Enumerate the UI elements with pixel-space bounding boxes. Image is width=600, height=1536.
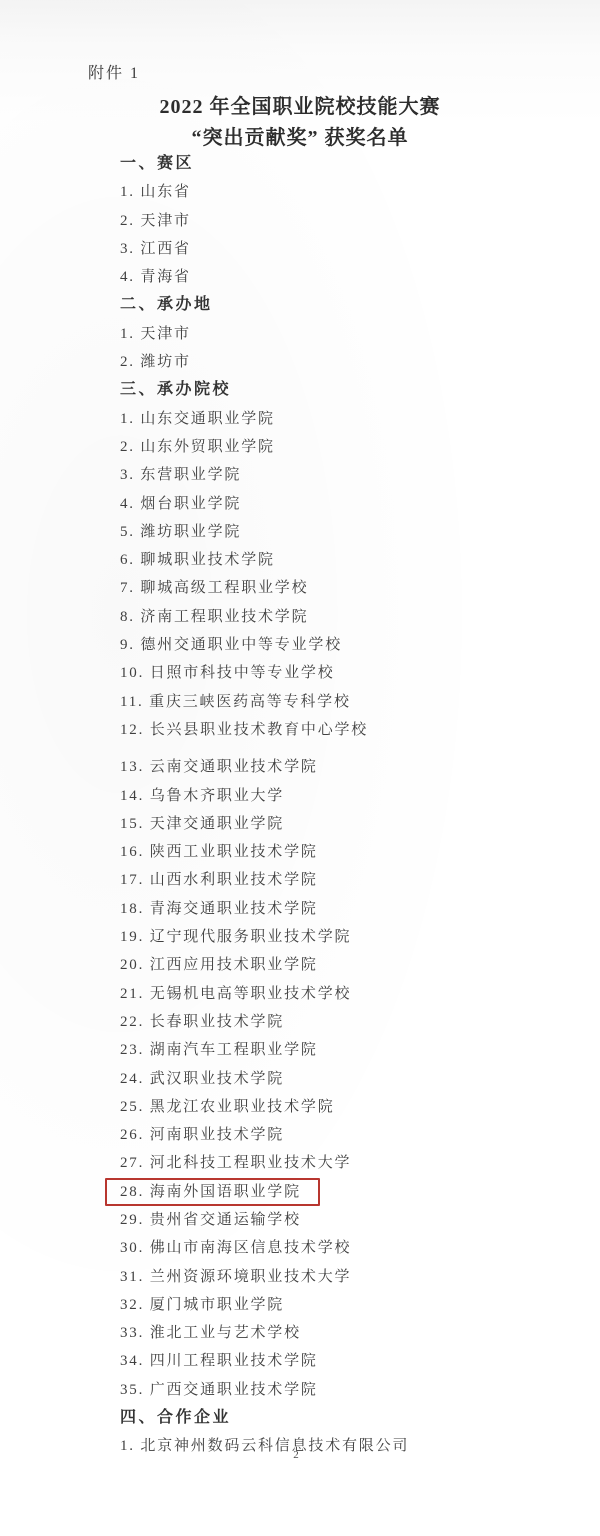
list-item: 14. 乌鲁木齐职业大学 (120, 782, 570, 810)
document-page: 附件 1 2022 年全国职业院校技能大赛 “突出贡献奖” 获奖名单 一、赛区1… (0, 0, 600, 1536)
list-item: 8. 济南工程职业技术学院 (120, 603, 570, 631)
list-item: 30. 佛山市南海区信息技术学校 (120, 1234, 570, 1262)
list-item: 3. 东营职业学院 (120, 461, 570, 489)
list-item: 4. 青海省 (120, 263, 570, 291)
list-item: 13. 云南交通职业技术学院 (120, 753, 570, 781)
list-item: 32. 厦门城市职业学院 (120, 1291, 570, 1319)
list-item: 7. 聊城高级工程职业学校 (120, 574, 570, 602)
list-item: 1. 天津市 (120, 320, 570, 348)
list-item: 16. 陕西工业职业技术学院 (120, 838, 570, 866)
list-item: 2. 天津市 (120, 207, 570, 235)
list-item: 31. 兰州资源环境职业技术大学 (120, 1263, 570, 1291)
list-item: 12. 长兴县职业技术教育中心学校 (120, 716, 570, 744)
list-item: 20. 江西应用技术职业学院 (120, 951, 570, 979)
section-heading: 一、赛区 (120, 150, 570, 178)
document-title-line1: 2022 年全国职业院校技能大赛 (0, 92, 600, 123)
list-item: 19. 辽宁现代服务职业技术学院 (120, 923, 570, 951)
list-item: 4. 烟台职业学院 (120, 490, 570, 518)
document-title: 2022 年全国职业院校技能大赛 “突出贡献奖” 获奖名单 (0, 92, 600, 154)
list-item: 26. 河南职业技术学院 (120, 1121, 570, 1149)
list-item: 17. 山西水利职业技术学院 (120, 866, 570, 894)
list-item: 21. 无锡机电高等职业技术学校 (120, 980, 570, 1008)
list-item: 15. 天津交通职业学院 (120, 810, 570, 838)
list-item: 1. 山东交通职业学院 (120, 405, 570, 433)
list-item: 3. 江西省 (120, 235, 570, 263)
list-item: 5. 潍坊职业学院 (120, 518, 570, 546)
list-item: 18. 青海交通职业技术学院 (120, 895, 570, 923)
list-item: 6. 聊城职业技术学院 (120, 546, 570, 574)
list-item: 2. 潍坊市 (120, 348, 570, 376)
list-item: 28. 海南外国语职业学院 (120, 1178, 570, 1206)
list-item: 27. 河北科技工程职业技术大学 (120, 1149, 570, 1177)
list-item: 23. 湖南汽车工程职业学院 (120, 1036, 570, 1064)
list-item: 9. 德州交通职业中等专业学校 (120, 631, 570, 659)
section-heading: 四、合作企业 (120, 1404, 570, 1432)
list-item: 29. 贵州省交通运输学校 (120, 1206, 570, 1234)
list-item: 11. 重庆三峡医药高等专科学校 (120, 688, 570, 716)
list-item: 2. 山东外贸职业学院 (120, 433, 570, 461)
section-heading: 二、承办地 (120, 291, 570, 319)
list-item: 33. 淮北工业与艺术学校 (120, 1319, 570, 1347)
highlight-box: 28. 海南外国语职业学院 (105, 1178, 320, 1206)
section-heading: 三、承办院校 (120, 376, 570, 404)
sections-list: 一、赛区1. 山东省2. 天津市3. 江西省4. 青海省二、承办地1. 天津市2… (120, 150, 570, 1461)
list-item: 25. 黑龙江农业职业技术学院 (120, 1093, 570, 1121)
list-item: 24. 武汉职业技术学院 (120, 1065, 570, 1093)
list-item: 1. 山东省 (120, 178, 570, 206)
list-item: 10. 日照市科技中等专业学校 (120, 659, 570, 687)
list-item: 22. 长春职业技术学院 (120, 1008, 570, 1036)
attachment-label: 附件 1 (88, 60, 140, 83)
list-item: 34. 四川工程职业技术学院 (120, 1347, 570, 1375)
list-item: 35. 广西交通职业技术学院 (120, 1376, 570, 1404)
page-number: 2 (0, 1449, 592, 1461)
